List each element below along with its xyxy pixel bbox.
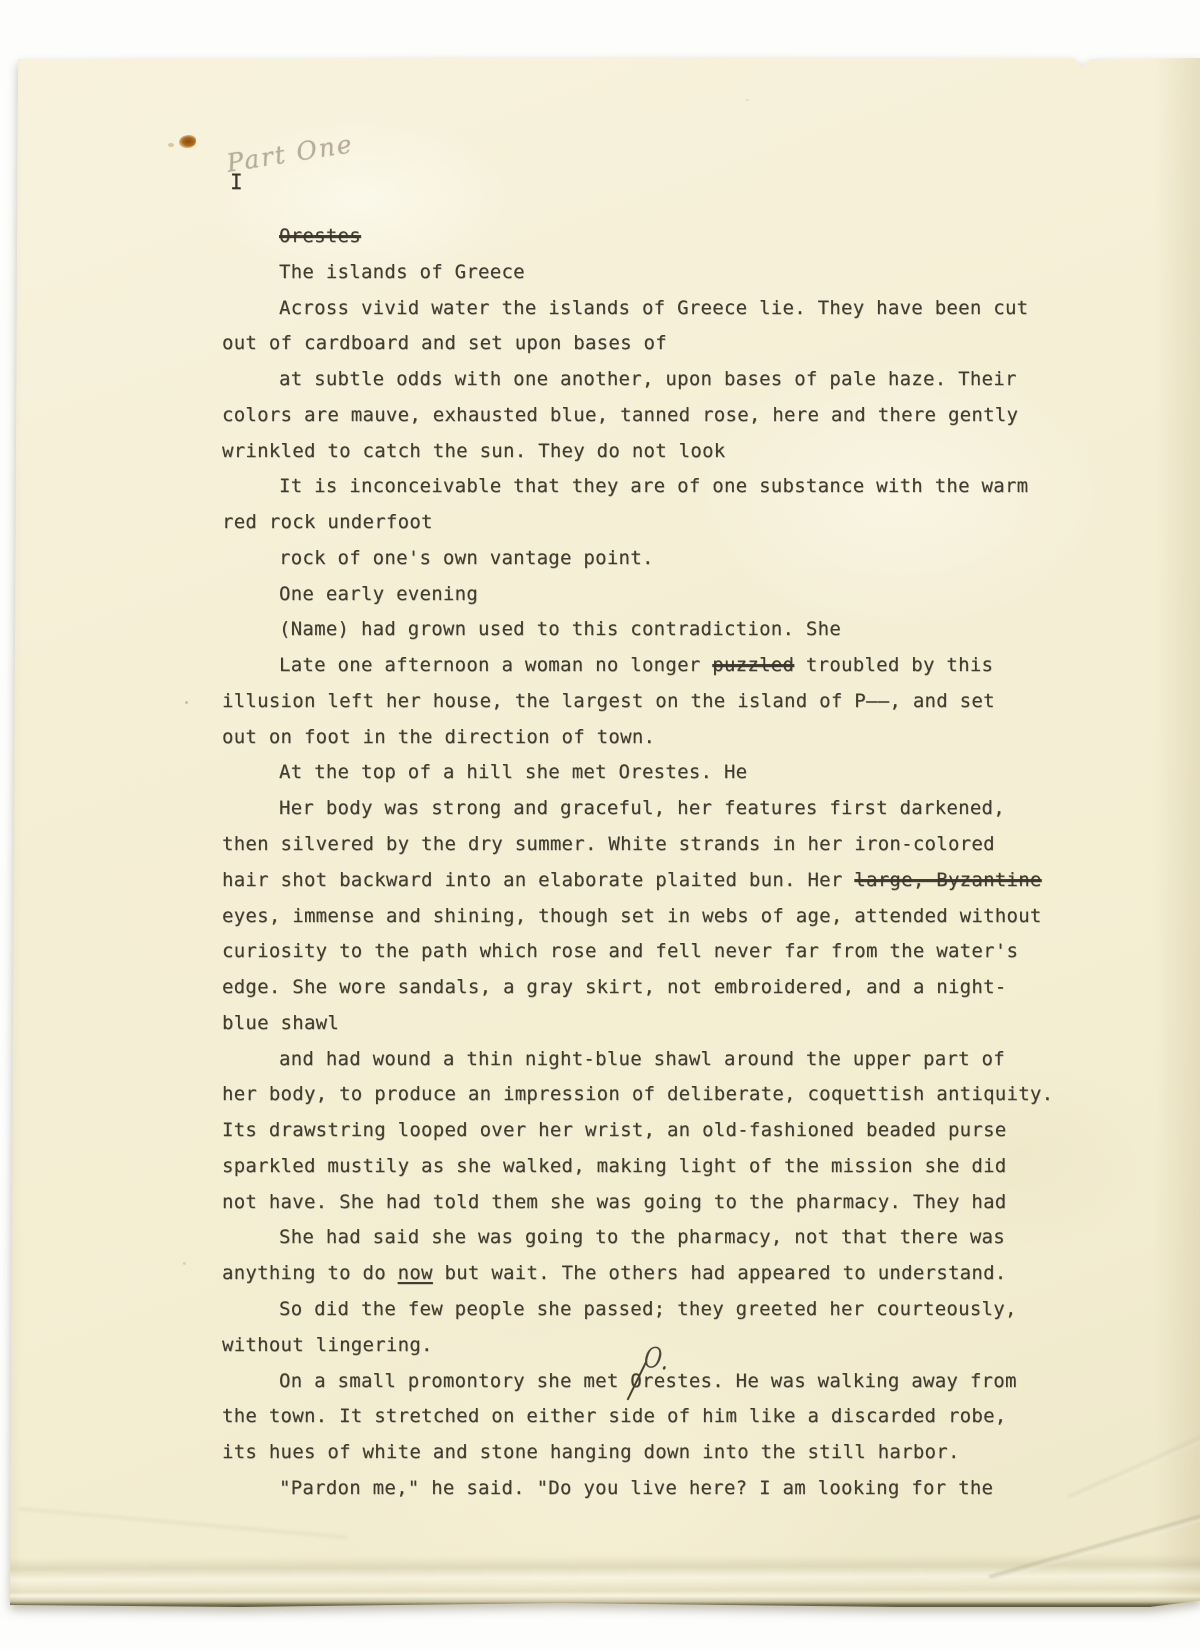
- typescript-line: The islands of Greece: [222, 255, 1122, 291]
- typescript-line: Across vivid water the islands of Greece…: [222, 291, 1122, 327]
- paper-speck: [183, 1262, 186, 1265]
- page-number: I: [230, 170, 243, 194]
- typescript-line: Its drawstring looped over her wrist, an…: [222, 1113, 1122, 1149]
- paper-bottom-edge: [6, 1592, 1200, 1608]
- paper-speck: [185, 701, 188, 704]
- left-crease: [18, 1508, 347, 1542]
- typescript-line: wrinkled to catch the sun. They do not l…: [222, 434, 1122, 470]
- typescript-line: out on foot in the direction of town.: [222, 720, 1122, 756]
- scan-background: Part One I OrestesThe islands of GreeceA…: [0, 0, 1200, 1649]
- typescript-line: It is inconceivable that they are of one…: [222, 469, 1122, 505]
- typescript-line: out of cardboard and set upon bases of: [222, 326, 1122, 362]
- typescript-line: rock of one's own vantage point.: [222, 541, 1122, 577]
- typescript-line: red rock underfoot: [222, 505, 1122, 541]
- typescript-line: (Name) had grown used to this contradict…: [222, 612, 1122, 648]
- typescript-line: colors are mauve, exhausted blue, tanned…: [222, 398, 1122, 434]
- typescript-line: the town. It stretched on either side of…: [222, 1399, 1122, 1435]
- typescript-line: At the top of a hill she met Orestes. He: [222, 755, 1122, 791]
- paper-shadow: Part One I OrestesThe islands of GreeceA…: [0, 0, 1200, 1649]
- rust-stain-speck: [168, 143, 174, 147]
- typescript-body: OrestesThe islands of GreeceAcross vivid…: [222, 219, 1122, 1507]
- typescript-line: sparkled mustily as she walked, making l…: [222, 1149, 1122, 1185]
- manuscript-page: Part One I OrestesThe islands of GreeceA…: [0, 0, 1200, 1649]
- typescript-line: Her body was strong and graceful, her fe…: [222, 791, 1122, 827]
- typescript-line: anything to do now but wait. The others …: [222, 1256, 1122, 1292]
- typescript-line: She had said she was going to the pharma…: [222, 1220, 1122, 1256]
- typescript-line: On a small promontory she met Orestes. H…: [222, 1364, 1122, 1400]
- typescript-line: and had wound a thin night-blue shawl ar…: [222, 1042, 1122, 1078]
- typescript-line: then silvered by the dry summer. White s…: [222, 827, 1122, 863]
- typescript-line: So did the few people she passed; they g…: [222, 1292, 1122, 1328]
- typescript-line: One early evening: [222, 577, 1122, 613]
- typescript-line: not have. She had told them she was goin…: [222, 1185, 1122, 1221]
- typescript-line: hair shot backward into an elaborate pla…: [222, 863, 1122, 899]
- bottom-crease: [0, 1554, 1200, 1594]
- typescript-line: at subtle odds with one another, upon ba…: [222, 362, 1122, 398]
- typescript-line: eyes, immense and shining, though set in…: [222, 899, 1122, 935]
- paper-speck: [746, 99, 749, 101]
- typescript-line: Late one afternoon a woman no longer puz…: [222, 648, 1122, 684]
- typescript-line: illusion left her house, the largest on …: [222, 684, 1122, 720]
- typescript-line: Orestes: [222, 219, 1122, 255]
- typescript-line: edge. She wore sandals, a gray skirt, no…: [222, 970, 1122, 1006]
- typescript-line: curiosity to the path which rose and fel…: [222, 934, 1122, 970]
- handwritten-correction: O.: [642, 1340, 673, 1377]
- typescript-line: "Pardon me," he said. "Do you live here?…: [222, 1471, 1122, 1507]
- typescript-line: its hues of white and stone hanging down…: [222, 1435, 1122, 1471]
- typescript-line: blue shawl: [222, 1006, 1122, 1042]
- typescript-line: her body, to produce an impression of de…: [222, 1077, 1122, 1113]
- corner-crease: [989, 1511, 1200, 1582]
- rust-stain: [179, 135, 196, 148]
- handwritten-annotation: Part One: [225, 127, 368, 178]
